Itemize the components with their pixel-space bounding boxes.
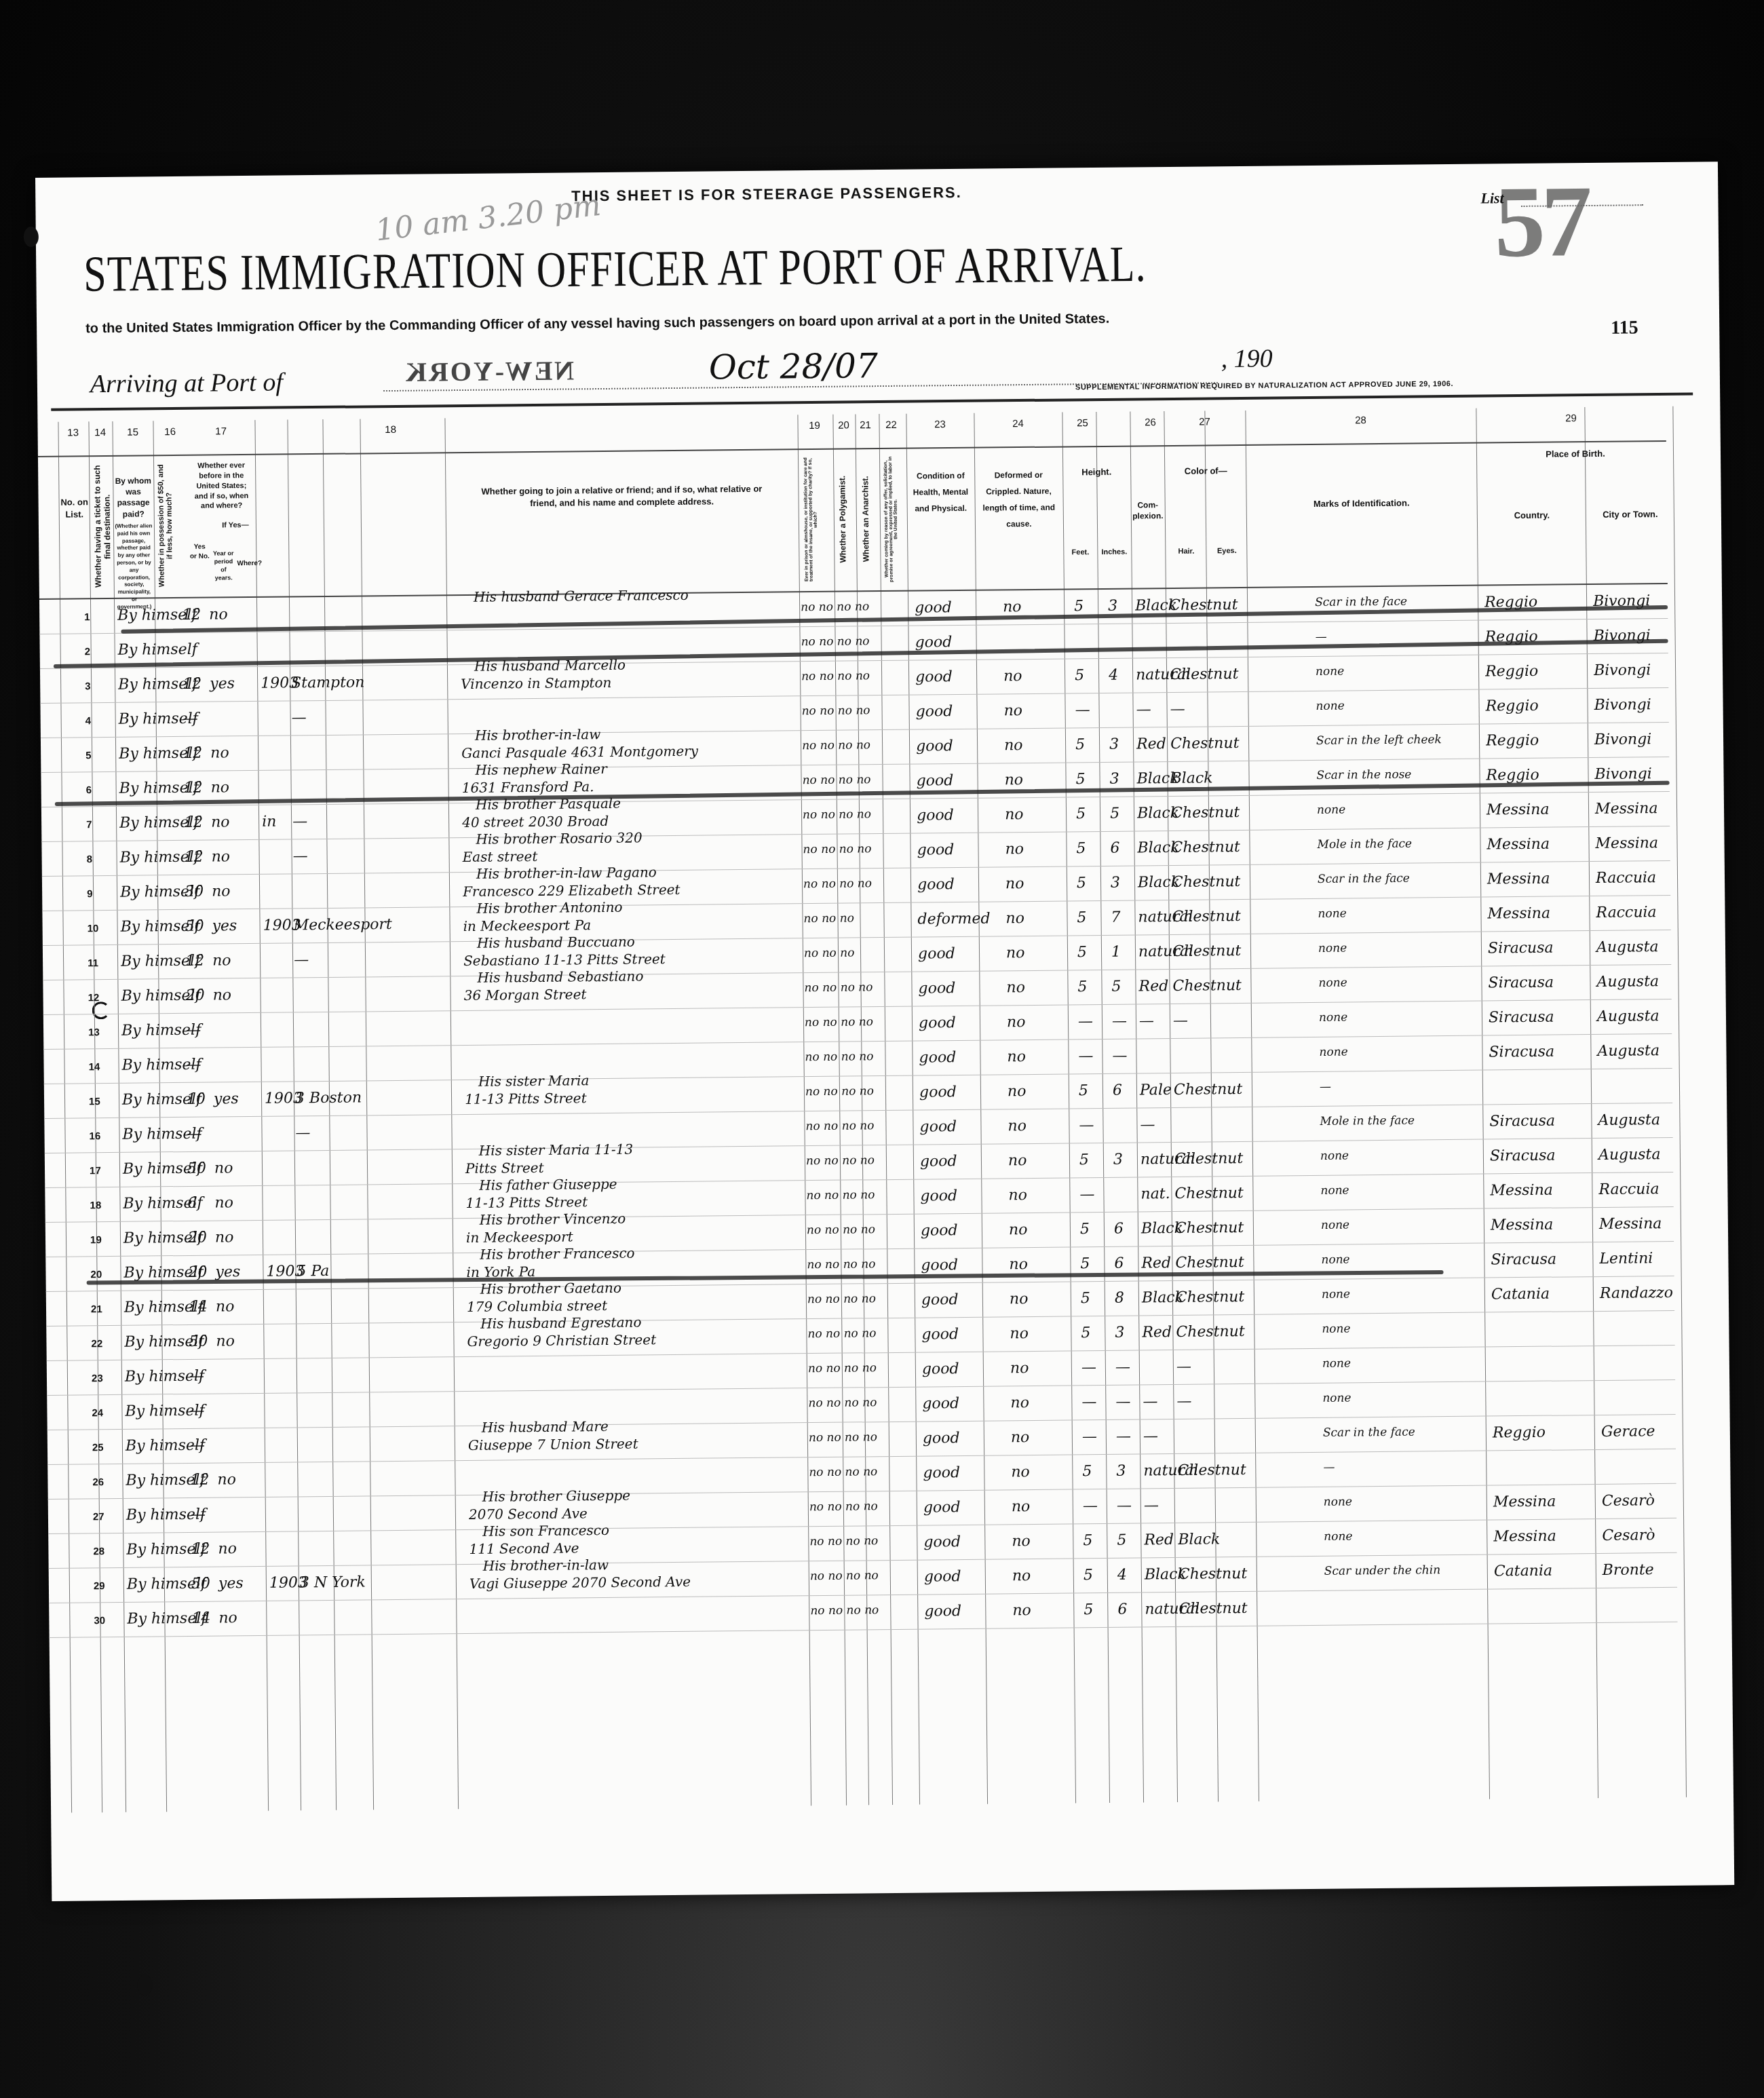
height-inches: 6 [1113,1082,1122,1099]
relative-address: in Meckeesport Pa [463,917,592,934]
height-feet: 5 [1075,667,1084,684]
header-complexion: Com-plexion. [1132,499,1164,522]
relative-name: His nephew Rainer [475,761,607,778]
been-before: no [215,1229,234,1246]
identification-marks: — [1323,1461,1335,1474]
height-feet: 5 [1077,944,1087,961]
questions-19-22: no no no no [805,1084,874,1099]
identification-marks: none [1316,665,1344,679]
year-prefix: , 190 [1221,344,1272,375]
birth-city: Cesarò [1602,1492,1655,1510]
deformed: no [1010,1394,1029,1411]
birth-country: Siracusa [1490,1147,1556,1165]
health-condition: good [915,703,953,721]
header-where: Where? [237,559,256,569]
before-where: Meckeesport [293,916,391,934]
row-number: 29 [94,1580,105,1592]
relative-name: His brother Francesco [480,1245,635,1263]
row-number: 27 [93,1511,104,1523]
questions-19-22: no no no no [807,1327,876,1341]
money-amount: — [186,1056,201,1073]
hair-color: Black [1170,769,1212,787]
row-number: 18 [90,1200,101,1211]
been-before: yes [212,917,237,934]
birth-country: Reggio [1493,1424,1546,1442]
row-number: 5 [85,750,92,761]
relative-name: His husband Mare [482,1418,609,1436]
birth-country: Messina [1487,801,1550,819]
birth-city: Augusta [1597,1008,1660,1025]
height-inches: 3 [1113,1151,1123,1168]
relative-address: 36 Morgan Street [463,986,586,1004]
hair-color: Chestnut [1176,1289,1245,1306]
height-feet: — [1081,1359,1096,1376]
birth-city: Bivongi [1594,765,1651,783]
questions-19-22: no no no no [809,1500,878,1514]
relative-address: Francesco 229 Elizabeth Street [463,881,680,900]
before-where: 3 N York [300,1573,366,1591]
col-num-25: 25 [1069,417,1096,429]
money-amount: 20 [188,1229,207,1246]
height-inches: 3 [1109,771,1119,788]
birth-city: Messina [1595,800,1658,818]
height-inches: 3 [1116,1463,1126,1480]
been-before: yes [215,1263,240,1280]
height-feet: — [1078,1048,1093,1065]
deformed: no [1004,771,1023,788]
col-num-28: 28 [1347,415,1374,426]
hair-color: — [1176,1358,1191,1375]
health-condition: good [918,945,955,963]
before-where: — [294,951,309,968]
relative-address: 2070 Second Ave [469,1505,588,1523]
row-number: 10 [88,923,99,934]
page-subtitle: to the United States Immigration Officer… [85,311,1109,337]
been-before: no [216,1333,235,1350]
birth-city: Gerace [1601,1423,1655,1441]
hair-color: Chestnut [1171,839,1240,856]
hair-color: — [1170,701,1185,718]
hair-color: Chestnut [1170,735,1240,752]
deformed: no [1003,702,1022,719]
before-where: — [295,1124,310,1141]
questions-19-22: no no no [803,911,854,926]
relative-name: His husband Gerace Francesco [474,587,689,605]
header-country: Country. [1478,509,1586,522]
binding-hole [137,1975,152,1995]
header-prison: Ever in prison or almshouse, or institut… [803,455,819,584]
birth-city: Bivongi [1594,731,1651,748]
birth-city: Cesarò [1602,1527,1655,1544]
row-number: 3 [85,681,91,692]
birth-country: Messina [1487,836,1550,854]
identification-marks: Scar in the nose [1316,768,1411,782]
deformed: no [1012,1567,1031,1584]
height-inches: 8 [1115,1290,1124,1307]
identification-marks: none [1322,1322,1350,1335]
deformed: no [1007,1014,1026,1031]
identification-marks: none [1320,1149,1349,1162]
questions-19-22: no no no no [807,1257,875,1272]
row-number: 1 [84,611,90,623]
height-inches: 6 [1114,1255,1124,1272]
height-feet: — [1075,702,1090,719]
steerage-notice: THIS SHEET IS FOR STEERAGE PASSENGERS. [571,184,962,206]
header-year: Year or period of years. [211,549,235,582]
questions-19-22: no no no no [809,1430,877,1445]
height-inches: — [1116,1428,1131,1445]
health-condition: good [923,1499,961,1517]
before-where: Stampton [291,674,364,691]
page-title: STATES IMMIGRATION OFFICER AT PORT OF AR… [83,235,1147,303]
complexion: Pale [1140,1082,1172,1099]
questions-19-22: no no no no [808,1396,877,1410]
complexion: — [1143,1393,1157,1410]
money-amount: 50 [189,1333,208,1350]
questions-19-22: no no no no [805,1015,873,1029]
header-inches: Inches. [1097,548,1131,558]
relative-address: Giuseppe 7 Union Street [468,1436,638,1453]
complexion: — [1140,1116,1155,1133]
hair-color: Chestnut [1176,1323,1245,1341]
relative-address: Vagi Giuseppe 2070 Second Ave [469,1573,691,1592]
relative-name: His brother-in-law Pagano [476,864,657,882]
col-num-17: 17 [208,425,235,437]
money-amount: 12 [184,814,203,831]
birth-country: Catania [1494,1563,1552,1580]
relative-name: His brother Antonino [476,899,622,917]
relative-name: His brother Rosario 320 [476,829,643,847]
before-where: — [292,709,307,726]
health-condition: good [923,1464,960,1482]
header-fifty-dollars: Whether in possession of $50, and if les… [157,461,174,590]
supplemental-note: SUPPLEMENTAL INFORMATION REQUIRED BY NAT… [1075,380,1453,392]
health-condition: deformed [917,911,990,928]
relative-name: His sister Maria [478,1072,590,1090]
before-where: — [292,847,307,864]
complexion: Red [1141,1255,1171,1272]
money-amount: 12 [191,1541,210,1558]
relative-name: His brother Vincenzo [480,1210,626,1228]
complexion: — [1143,1428,1158,1445]
questions-19-22: no no no no [803,842,871,856]
height-feet: 5 [1077,978,1087,995]
row-number: 13 [88,1027,100,1038]
been-before: yes [210,675,235,692]
relative-address: East street [463,848,538,865]
deformed: no [1009,1221,1028,1238]
money-amount: 6 [187,1195,197,1212]
hair-color: — [1176,1393,1191,1410]
money-amount: 12 [185,849,204,866]
deformed: no [1003,598,1022,615]
header-city: City or Town. [1587,508,1674,521]
row-number: 16 [89,1130,100,1142]
health-condition: good [922,1360,959,1378]
health-condition: good [915,668,953,686]
money-amount: 14 [189,1299,208,1316]
identification-marks: Scar under the chin [1324,1563,1440,1578]
col-num-21: 21 [851,419,879,431]
row-number: 22 [91,1338,102,1350]
relative-address: 11-13 Pitts Street [465,1090,587,1107]
identification-marks: Mole in the face [1320,1114,1415,1128]
manifest-sheet: THIS SHEET IS FOR STEERAGE PASSENGERS. 1… [35,161,1734,1901]
page-number: 115 [1611,317,1638,339]
before-where: 3 Boston [295,1089,362,1107]
height-inches: 6 [1110,840,1119,857]
relative-name: His father Giuseppe [479,1176,617,1194]
money-amount: — [189,1368,204,1385]
identification-marks: none [1319,1045,1347,1058]
before-where: 5 Pa [296,1263,329,1280]
birth-country: Siracusa [1491,1251,1556,1269]
deformed: no [1006,979,1025,996]
health-condition: good [917,807,954,824]
identification-marks: — [1315,630,1326,644]
identification-marks: none [1322,1391,1351,1405]
col-num-15: 15 [119,426,147,438]
list-number-stamp: 57 [1494,163,1589,280]
money-amount: 12 [184,780,203,797]
header-been-before: Whether ever before in the United States… [189,461,254,512]
health-condition: good [923,1533,961,1551]
birth-city: Messina [1599,1215,1662,1233]
relative-address: in Meckeesport [466,1228,573,1246]
birth-city: Raccuia [1598,1181,1659,1198]
deformed: no [1006,945,1025,961]
questions-19-22: no no no no [801,600,869,614]
questions-19-22: no no no no [801,634,870,649]
row-number: 23 [92,1373,103,1384]
complexion: — [1144,1497,1159,1514]
col-num-19: 19 [801,420,828,432]
relative-name: His brother Giuseppe [482,1487,631,1505]
row-number: 26 [92,1476,104,1488]
relative-address: Gregorio 9 Christian Street [467,1331,656,1350]
height-feet: — [1078,1013,1093,1030]
relative-address: 11-13 Pitts Street [465,1194,588,1211]
col-num-27: 27 [1191,416,1218,427]
height-inches: 6 [1117,1601,1127,1618]
header-no-on-list: No. on List. [60,496,89,520]
complexion: — [1139,1012,1154,1029]
row-number: 28 [93,1546,104,1557]
height-inches: 1 [1111,944,1121,961]
birth-city: Augusta [1596,938,1659,956]
identification-marks: none [1320,1183,1349,1197]
identification-marks: none [1321,1253,1349,1266]
height-inches: — [1112,1048,1127,1065]
header-marks: Marks of Identification. [1260,497,1463,510]
health-condition: good [915,634,953,651]
been-before: no [214,1194,233,1211]
header-relative: Whether going to join a relative or frie… [472,483,771,510]
complexion: Red [1142,1324,1172,1341]
header-anarchist: Whether an Anarchist. [860,455,871,584]
money-amount: — [183,710,198,727]
deformed: no [1012,1602,1031,1619]
height-feet: — [1082,1428,1097,1445]
height-feet: 5 [1074,598,1084,615]
row-number: 8 [87,854,93,865]
money-amount: 10 [187,1091,206,1108]
height-inches: 4 [1109,667,1118,684]
been-before: no [211,814,230,831]
hair-color: Chestnut [1172,977,1242,995]
col-num-26: 26 [1136,417,1164,428]
health-condition: good [921,1257,958,1274]
hair-color: Chestnut [1174,1150,1244,1168]
been-before: yes [214,1090,239,1107]
questions-19-22: no no no no [804,980,873,995]
been-before: no [210,744,229,761]
height-feet: 5 [1083,1532,1092,1549]
hair-color: Chestnut [1178,1600,1248,1618]
birth-country: Messina [1487,871,1550,888]
header-feet: Feet. [1065,548,1096,558]
birth-city: Augusta [1598,1146,1661,1164]
relative-name: His brother Gaetano [480,1280,621,1297]
header-ticket: Whether having a ticket to such final de… [92,462,113,591]
identification-marks: none [1318,976,1347,989]
header-height: Height. [1064,466,1129,478]
complexion: Red [1138,978,1168,995]
birth-city: Bivongi [1594,696,1651,714]
money-amount: 14 [191,1610,210,1627]
complexion: Red [1136,736,1166,752]
row-number: 19 [90,1234,102,1246]
row-number: 9 [87,888,93,900]
height-feet: 5 [1080,1221,1090,1238]
row-number: 2 [85,646,91,657]
questions-19-22: no no no no [807,1223,875,1237]
deformed: no [1010,1291,1029,1308]
header-if-yes: If Yes— [215,520,256,531]
before-where: — [292,813,307,830]
health-condition: good [918,980,955,997]
health-condition: good [922,1395,959,1413]
height-feet: — [1079,1117,1094,1134]
row-number: 24 [92,1407,103,1419]
col-num-14: 14 [87,427,114,438]
birth-city: Messina [1595,835,1658,852]
height-feet: 5 [1076,805,1086,822]
health-condition: good [917,876,955,894]
relative-name: His husband Buccuano [477,934,635,951]
row-number: 21 [91,1303,102,1315]
height-feet: 5 [1080,1255,1090,1272]
height-inches: — [1115,1394,1130,1411]
questions-19-22: no no no no [808,1361,877,1375]
birth-country: Reggio [1486,767,1539,784]
questions-19-22: no no no no [806,1188,875,1202]
questions-19-22: no no no no [802,704,870,718]
been-before: no [212,883,231,900]
deformed: no [1005,806,1024,823]
row-number: 15 [89,1096,100,1107]
height-inches: 3 [1108,598,1117,615]
questions-19-22: no no no no [803,807,871,822]
relative-address: Pitts Street [465,1160,544,1177]
deformed: no [1012,1533,1031,1550]
row-number: 7 [86,819,92,831]
col-num-23: 23 [926,419,953,430]
relative-address: 40 street 2030 Broad [462,813,609,831]
health-condition: good [917,841,954,859]
col-num-13: 13 [60,427,87,438]
relative-address: Ganci Pasquale 4631 Montgomery [461,743,698,761]
arriving-label: Arriving at Port of [90,368,283,400]
relative-address: Sebastiano 11-13 Pitts Street [463,951,666,969]
col-num-16: 16 [157,426,184,438]
row-number: 30 [94,1615,105,1626]
col-num-22: 22 [877,419,904,431]
height-inches: 3 [1111,875,1120,892]
identification-marks: none [1321,1218,1349,1232]
questions-19-22: no no no no [805,1119,874,1133]
identification-marks: Scar in the face [1323,1426,1415,1440]
height-feet: — [1083,1498,1098,1514]
deformed: no [1012,1498,1031,1515]
deformed: no [1005,910,1024,927]
money-amount: 12 [183,745,202,762]
deformed: no [1011,1429,1030,1446]
header-passage-note: (Whether alien paid his own passage, whe… [115,522,153,611]
money-amount: — [189,1403,204,1419]
before-year: in [262,814,276,831]
height-feet: 5 [1076,840,1086,857]
deformed: no [1008,1083,1027,1100]
money-amount: 12 [190,1472,209,1489]
hair-color: Chestnut [1177,1462,1246,1479]
col-num-29: 29 [1557,413,1584,424]
row-number: 6 [86,784,92,796]
relative-address: Vincenzo in Stampton [461,674,611,692]
hair-color: — [1173,1012,1188,1029]
height-inches: — [1117,1498,1132,1514]
hair-color: Chestnut [1171,804,1240,822]
birth-country: Siracusa [1488,974,1554,992]
questions-19-22: no no no no [810,1569,879,1583]
identification-marks: none [1318,941,1347,955]
questions-19-22: no no no no [802,773,870,787]
hair-color: Chestnut [1170,666,1239,683]
header-health: Condition of Health, Mental and Physical… [910,468,972,517]
complexion: Red [1144,1531,1174,1548]
pencil-time-note: 10 am 3.20 pm [374,188,602,248]
complexion: nat. [1140,1185,1170,1202]
height-feet: 5 [1084,1567,1093,1584]
height-feet: 5 [1077,909,1086,926]
height-feet: 5 [1077,875,1086,892]
identification-marks: Scar in the left cheek [1316,733,1442,748]
height-inches: 4 [1117,1567,1127,1584]
birth-country: Messina [1490,1182,1553,1200]
relative-address: 1631 Fransford Pa. [462,778,594,796]
hair-color: Chestnut [1172,942,1242,960]
identification-marks: none [1324,1495,1352,1508]
row-number: 25 [92,1442,104,1453]
identification-marks: Scar in the face [1315,595,1407,609]
row-number: 17 [90,1165,101,1177]
height-inches: 3 [1109,736,1119,753]
birth-country: Siracusa [1489,1009,1554,1027]
been-before: no [212,952,231,969]
identification-marks: none [1322,1287,1350,1301]
been-before: no [214,1160,233,1177]
height-inches: 7 [1111,909,1120,926]
